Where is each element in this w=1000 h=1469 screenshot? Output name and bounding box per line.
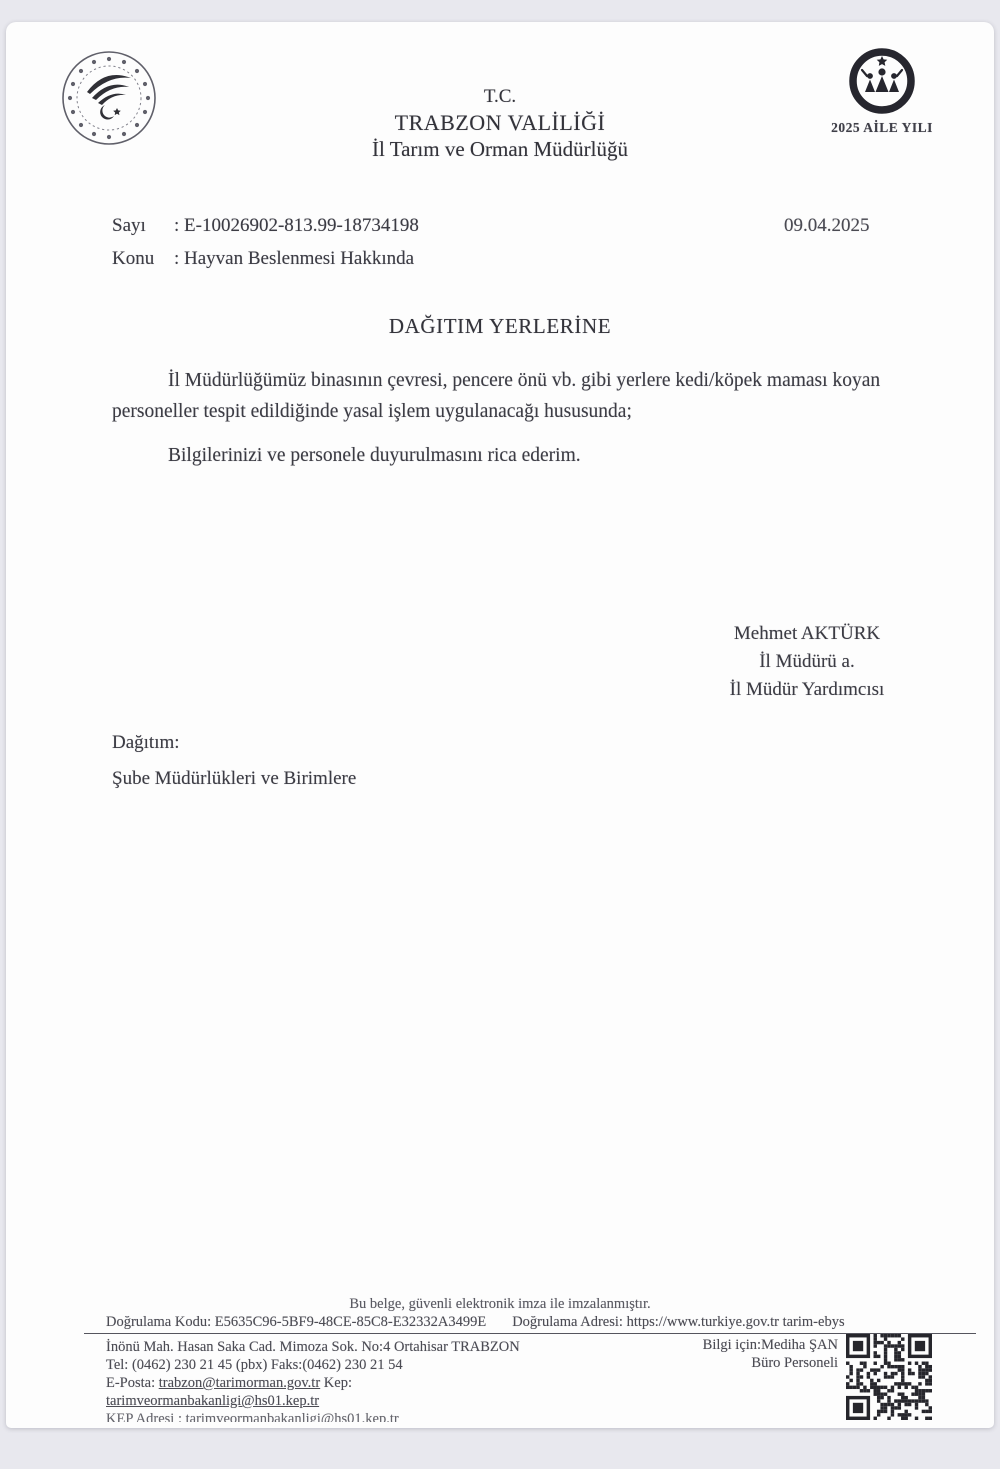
qr-code-icon: [846, 1334, 932, 1420]
konu-label: Konu: [112, 248, 174, 270]
directorate-title: İl Tarım ve Orman Müdürlüğü: [6, 136, 994, 162]
signature-block: Mehmet AKTÜRK İl Müdürü a. İl Müdür Yard…: [651, 620, 963, 704]
signatory-title-2: İl Müdür Yardımcısı: [651, 676, 963, 704]
body-paragraph-1: İl Müdürlüğümüz binasının çevresi, pence…: [112, 365, 892, 427]
footer-address-block: İnönü Mah. Hasan Saka Cad. Mimoza Sok. N…: [106, 1338, 666, 1422]
konu-row: Konu: Hayvan Beslenmesi Hakkında: [112, 248, 672, 270]
signatory-title-1: İl Müdürü a.: [651, 648, 963, 676]
sayi-row: Sayı: E-10026902-813.99-18734198: [112, 215, 672, 237]
verification-row: Doğrulama Kodu: E5635C96-5BF9-48CE-85C8-…: [106, 1314, 906, 1331]
footer-divider: [84, 1333, 976, 1334]
sayi-value: : E-10026902-813.99-18734198: [174, 215, 419, 236]
kep-address: tarimveormanbakanligi@hs01.kep.tr: [106, 1392, 666, 1410]
konu-value: : Hayvan Beslenmesi Hakkında: [174, 248, 414, 269]
email-address: trabzon@tarimorman.gov.tr: [159, 1375, 320, 1391]
verification-address-label: Doğrulama Adresi:: [512, 1314, 623, 1330]
contact-name: Mediha ŞAN: [761, 1337, 838, 1353]
kep-label: Kep:: [320, 1375, 352, 1391]
document-page: T.C. TRABZON VALİLİĞİ İl Tarım ve Orman …: [6, 22, 994, 1428]
office-address: İnönü Mah. Hasan Saka Cad. Mimoza Sok. N…: [106, 1338, 666, 1356]
verification-address: https://www.turkiye.gov.tr tarim-ebys: [623, 1314, 845, 1330]
footer-contact-block: Bilgi için:Mediha ŞAN Büro Personeli: [602, 1336, 838, 1372]
distribution-item: Şube Müdürlükleri ve Birimlere: [112, 768, 356, 790]
distribution-label: Dağıtım:: [112, 732, 180, 754]
document-title: DAĞITIM YERLERİNE: [6, 314, 994, 339]
body-paragraph-2: Bilgilerinizi ve personele duyurulmasını…: [112, 440, 892, 471]
contact-label: Bilgi için:: [703, 1337, 761, 1353]
email-label: E-Posta:: [106, 1375, 159, 1391]
signatory-name: Mehmet AKTÜRK: [651, 620, 963, 648]
contact-title: Büro Personeli: [602, 1354, 838, 1372]
sayi-label: Sayı: [112, 215, 174, 237]
phone-fax-line: Tel: (0462) 230 21 45 (pbx) Faks:(0462) …: [106, 1356, 666, 1374]
verification-code: E5635C96-5BF9-48CE-85C8-E32332A3499E: [211, 1314, 486, 1330]
emblem-caption: 2025 AİLE YILI: [812, 120, 952, 136]
document-date: 09.04.2025: [784, 215, 870, 237]
contact-line: Bilgi için:Mediha ŞAN: [602, 1336, 838, 1354]
email-line: E-Posta: trabzon@tarimorman.gov.tr Kep:: [106, 1374, 666, 1392]
family-year-emblem-icon: [837, 46, 927, 122]
kep-address-cutoff-line: KEP Adresi : tarimveormanbakanligi@hs01.…: [106, 1410, 666, 1422]
esignature-note: Bu belge, güvenli elektronik imza ile im…: [6, 1296, 994, 1313]
verification-code-label: Doğrulama Kodu:: [106, 1314, 211, 1330]
